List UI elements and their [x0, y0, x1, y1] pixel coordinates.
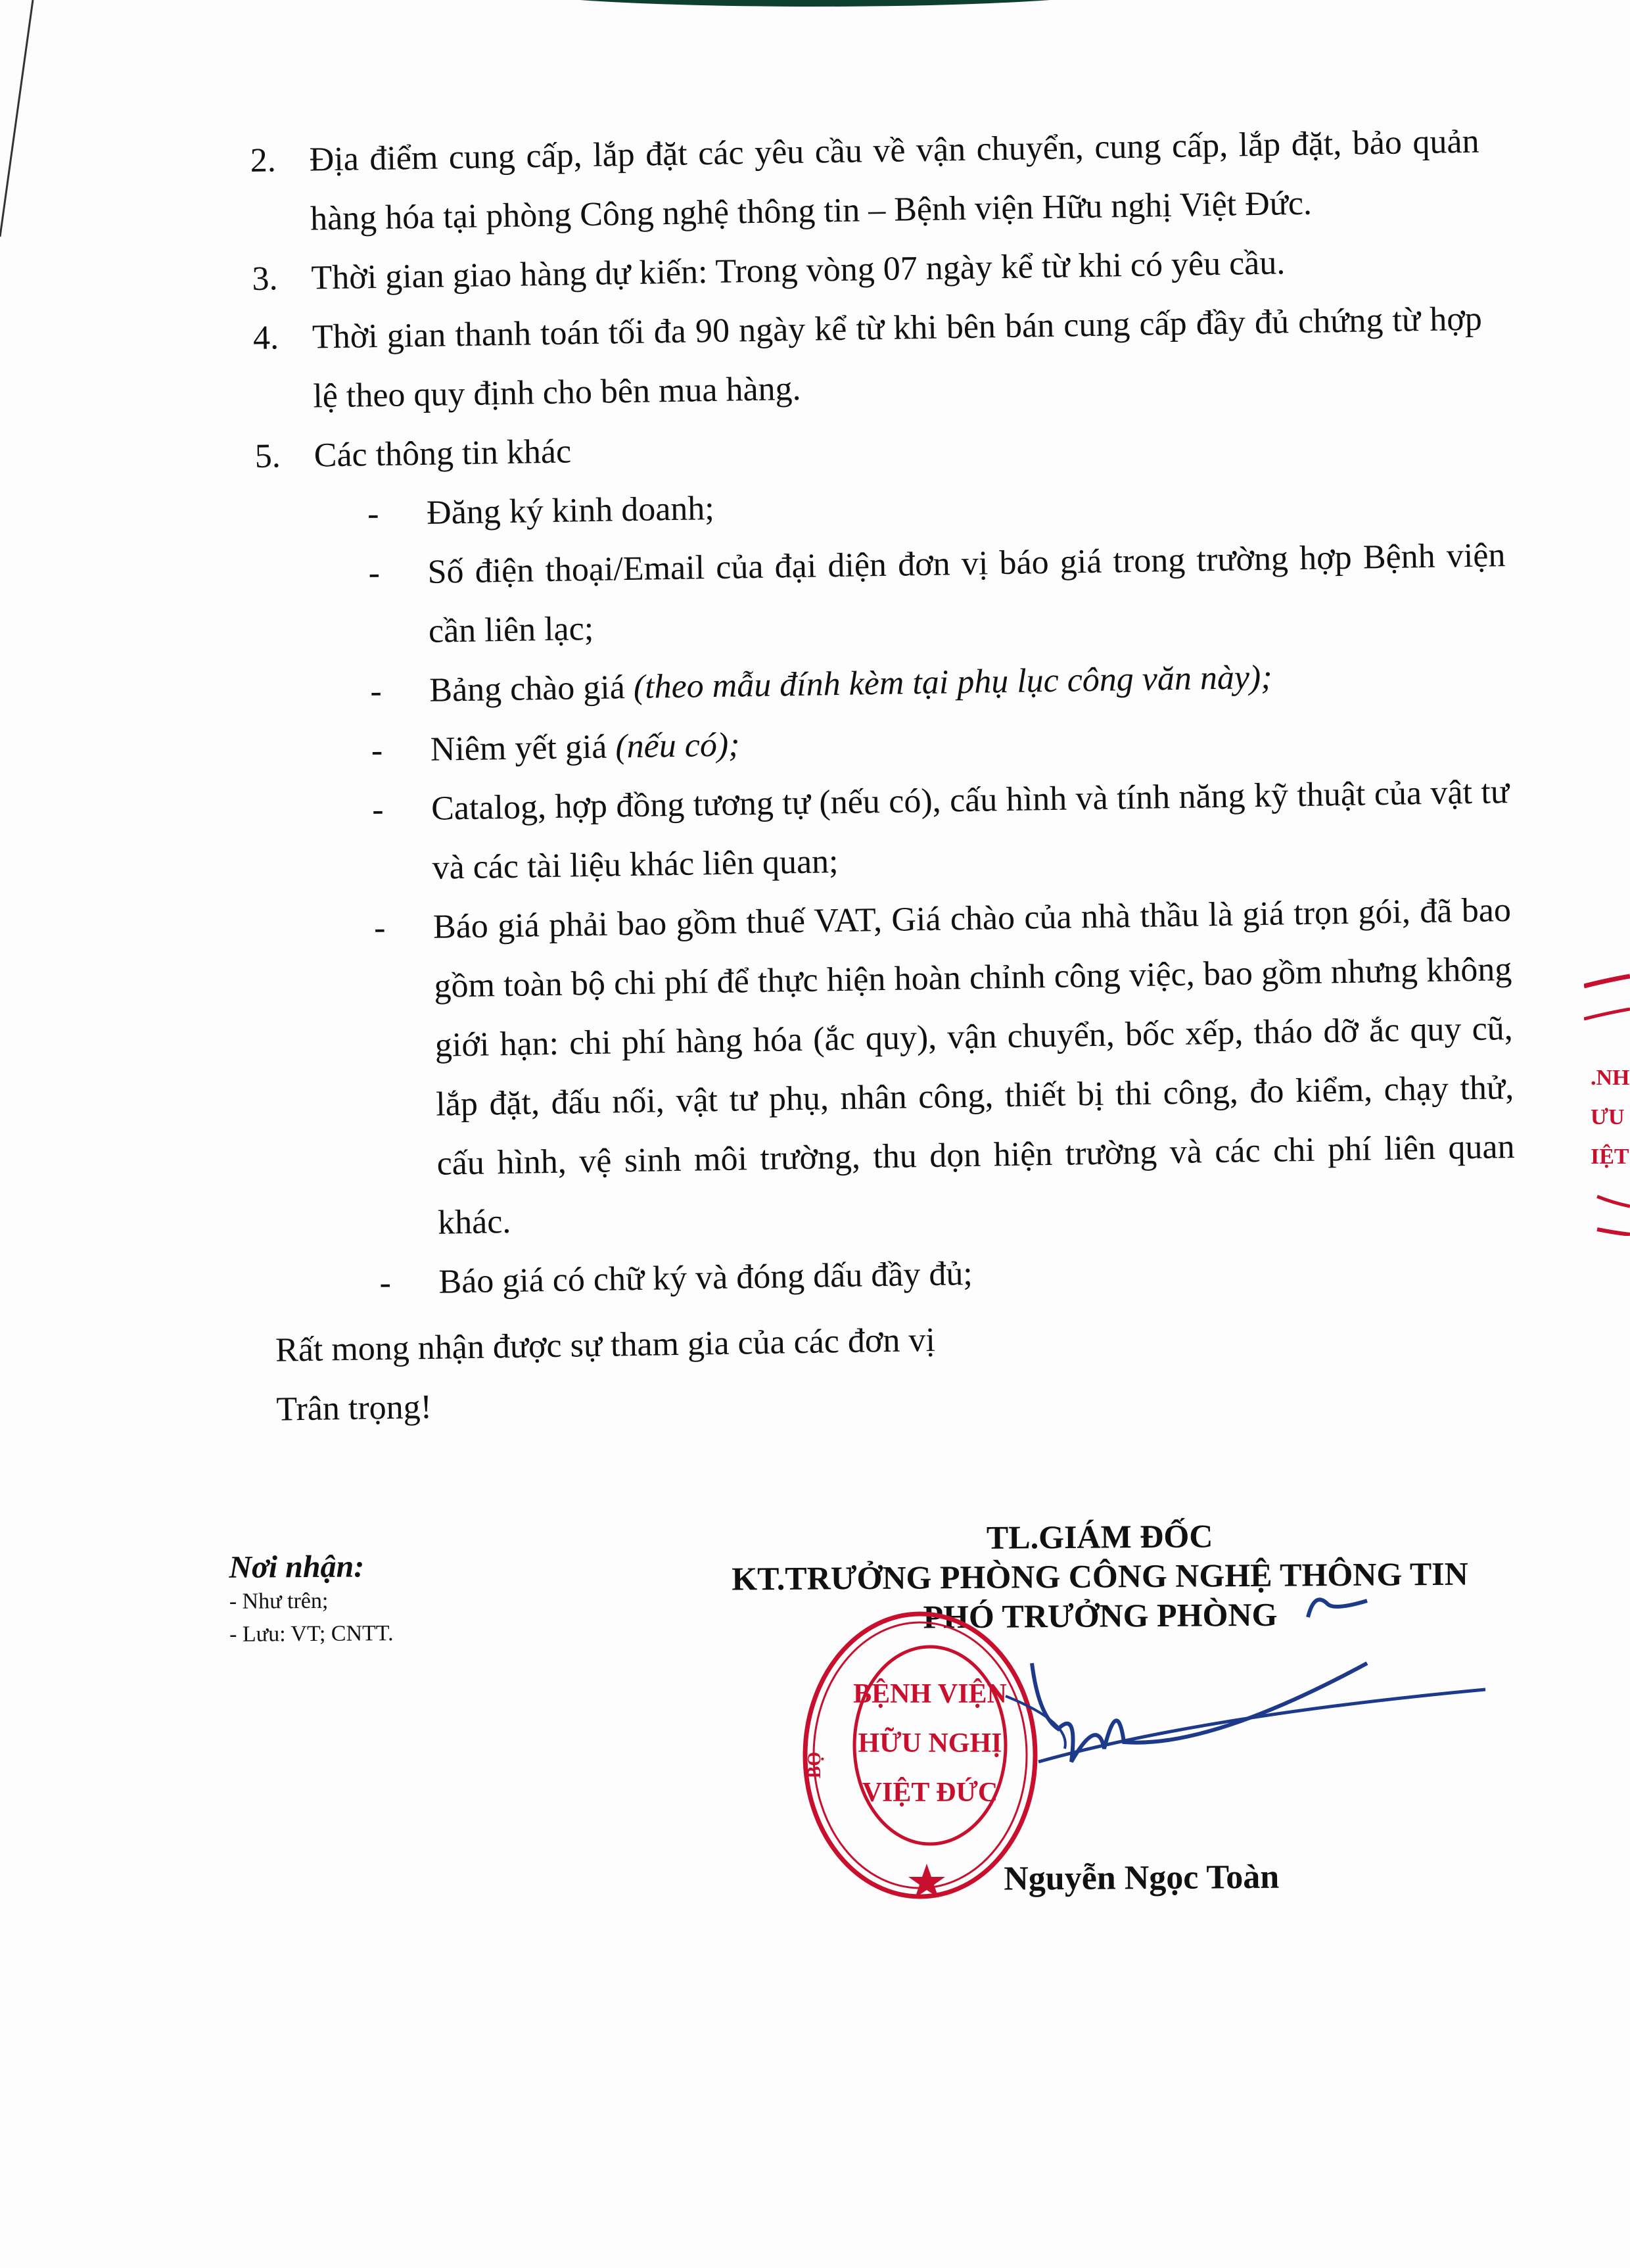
sub-item-text: Báo giá có chữ ký và đóng dấu đầy đủ;	[438, 1255, 973, 1301]
bullet-dash: -	[372, 780, 384, 839]
sub-item: - Báo giá phải bao gồm thuế VAT, Giá chà…	[373, 881, 1516, 1254]
bullet-dash: -	[370, 662, 383, 721]
stamp-line-1: BỆNH VIỆN	[853, 1678, 1007, 1709]
bullet-dash: -	[373, 899, 386, 958]
top-header-stamp-fragment	[500, 0, 1130, 7]
list-item-4: 4. Thời gian thanh toán tối đa 90 ngày k…	[252, 289, 1490, 427]
item-number: 3.	[252, 249, 278, 309]
stamp-line-3: VIỆT ĐỨC	[862, 1777, 998, 1808]
sub-item-text: Báo giá phải bao gồm thuế VAT, Giá chào …	[433, 891, 1515, 1242]
sub-item-text: Số điện thoại/Email của đại diện đơn vị …	[427, 536, 1506, 650]
other-info-list: - Đăng ký kinh doanh; - Số điện thoại/Em…	[367, 467, 1504, 1313]
bullet-dash: -	[368, 544, 381, 603]
list-item-2: 2. Địa điểm cung cấp, lắp đặt các yêu cầ…	[250, 112, 1487, 250]
document-body: 2. Địa điểm cung cấp, lắp đặt các yêu cầ…	[250, 112, 1506, 1439]
sub-item-italic-note: (theo mẫu đính kèm tại phụ lục công văn …	[633, 659, 1272, 706]
item-text: Thời gian thanh toán tối đa 90 ngày kể t…	[312, 290, 1483, 427]
bullet-dash: -	[367, 484, 379, 544]
sub-item: - Catalog, hợp đồng tương tự (nếu có), c…	[372, 763, 1511, 899]
sub-item: - Số điện thoại/Email của đại diện đơn v…	[368, 526, 1507, 662]
sub-item-text: Niêm yết giá	[430, 728, 615, 768]
closing-remarks: Rất mong nhận được sự tham gia của các đ…	[268, 1302, 1506, 1440]
recipient-line: - Như trên;	[229, 1584, 394, 1618]
sub-item-text: Bảng chào giá	[429, 669, 634, 709]
item-number: 4.	[252, 308, 279, 368]
stamp-side-text: BỘ	[804, 1752, 825, 1778]
item-text: Địa điểm cung cấp, lắp đặt các yêu cầu v…	[309, 112, 1481, 249]
sub-item-text: Đăng ký kinh doanh;	[427, 490, 714, 532]
hospital-red-stamp: BỆNH VIỆN HỮU NGHỊ VIỆT ĐỨC BỘ	[795, 1604, 1045, 1906]
svg-text:IỆT: IỆT	[1591, 1144, 1629, 1169]
edge-red-stamp-fragment: .NH ƯU IỆT	[1584, 947, 1630, 1236]
sub-item-text: Catalog, hợp đồng tương tự (nếu có), cấu…	[431, 773, 1510, 887]
svg-text:ƯU: ƯU	[1591, 1105, 1625, 1129]
stamp-line-2: HỮU NGHỊ	[858, 1727, 1002, 1759]
signer-department: KT.TRƯỞNG PHÒNG CÔNG NGHỆ THÔNG TIN	[689, 1553, 1510, 1599]
recipients-title: Nơi nhận:	[229, 1548, 393, 1586]
signer-authority: TL.GIÁM ĐỐC	[689, 1514, 1510, 1559]
bullet-dash: -	[379, 1254, 392, 1313]
recipient-line: - Lưu: VT; CNTT.	[229, 1617, 394, 1651]
recipients-block: Nơi nhận: - Như trên; - Lưu: VT; CNTT.	[229, 1548, 394, 1651]
sub-item-italic-note: (nếu có);	[615, 726, 740, 765]
item-number: 5.	[254, 427, 281, 486]
item-number: 2.	[250, 131, 276, 191]
svg-text:.NH: .NH	[1591, 1066, 1630, 1090]
bullet-dash: -	[371, 721, 383, 780]
